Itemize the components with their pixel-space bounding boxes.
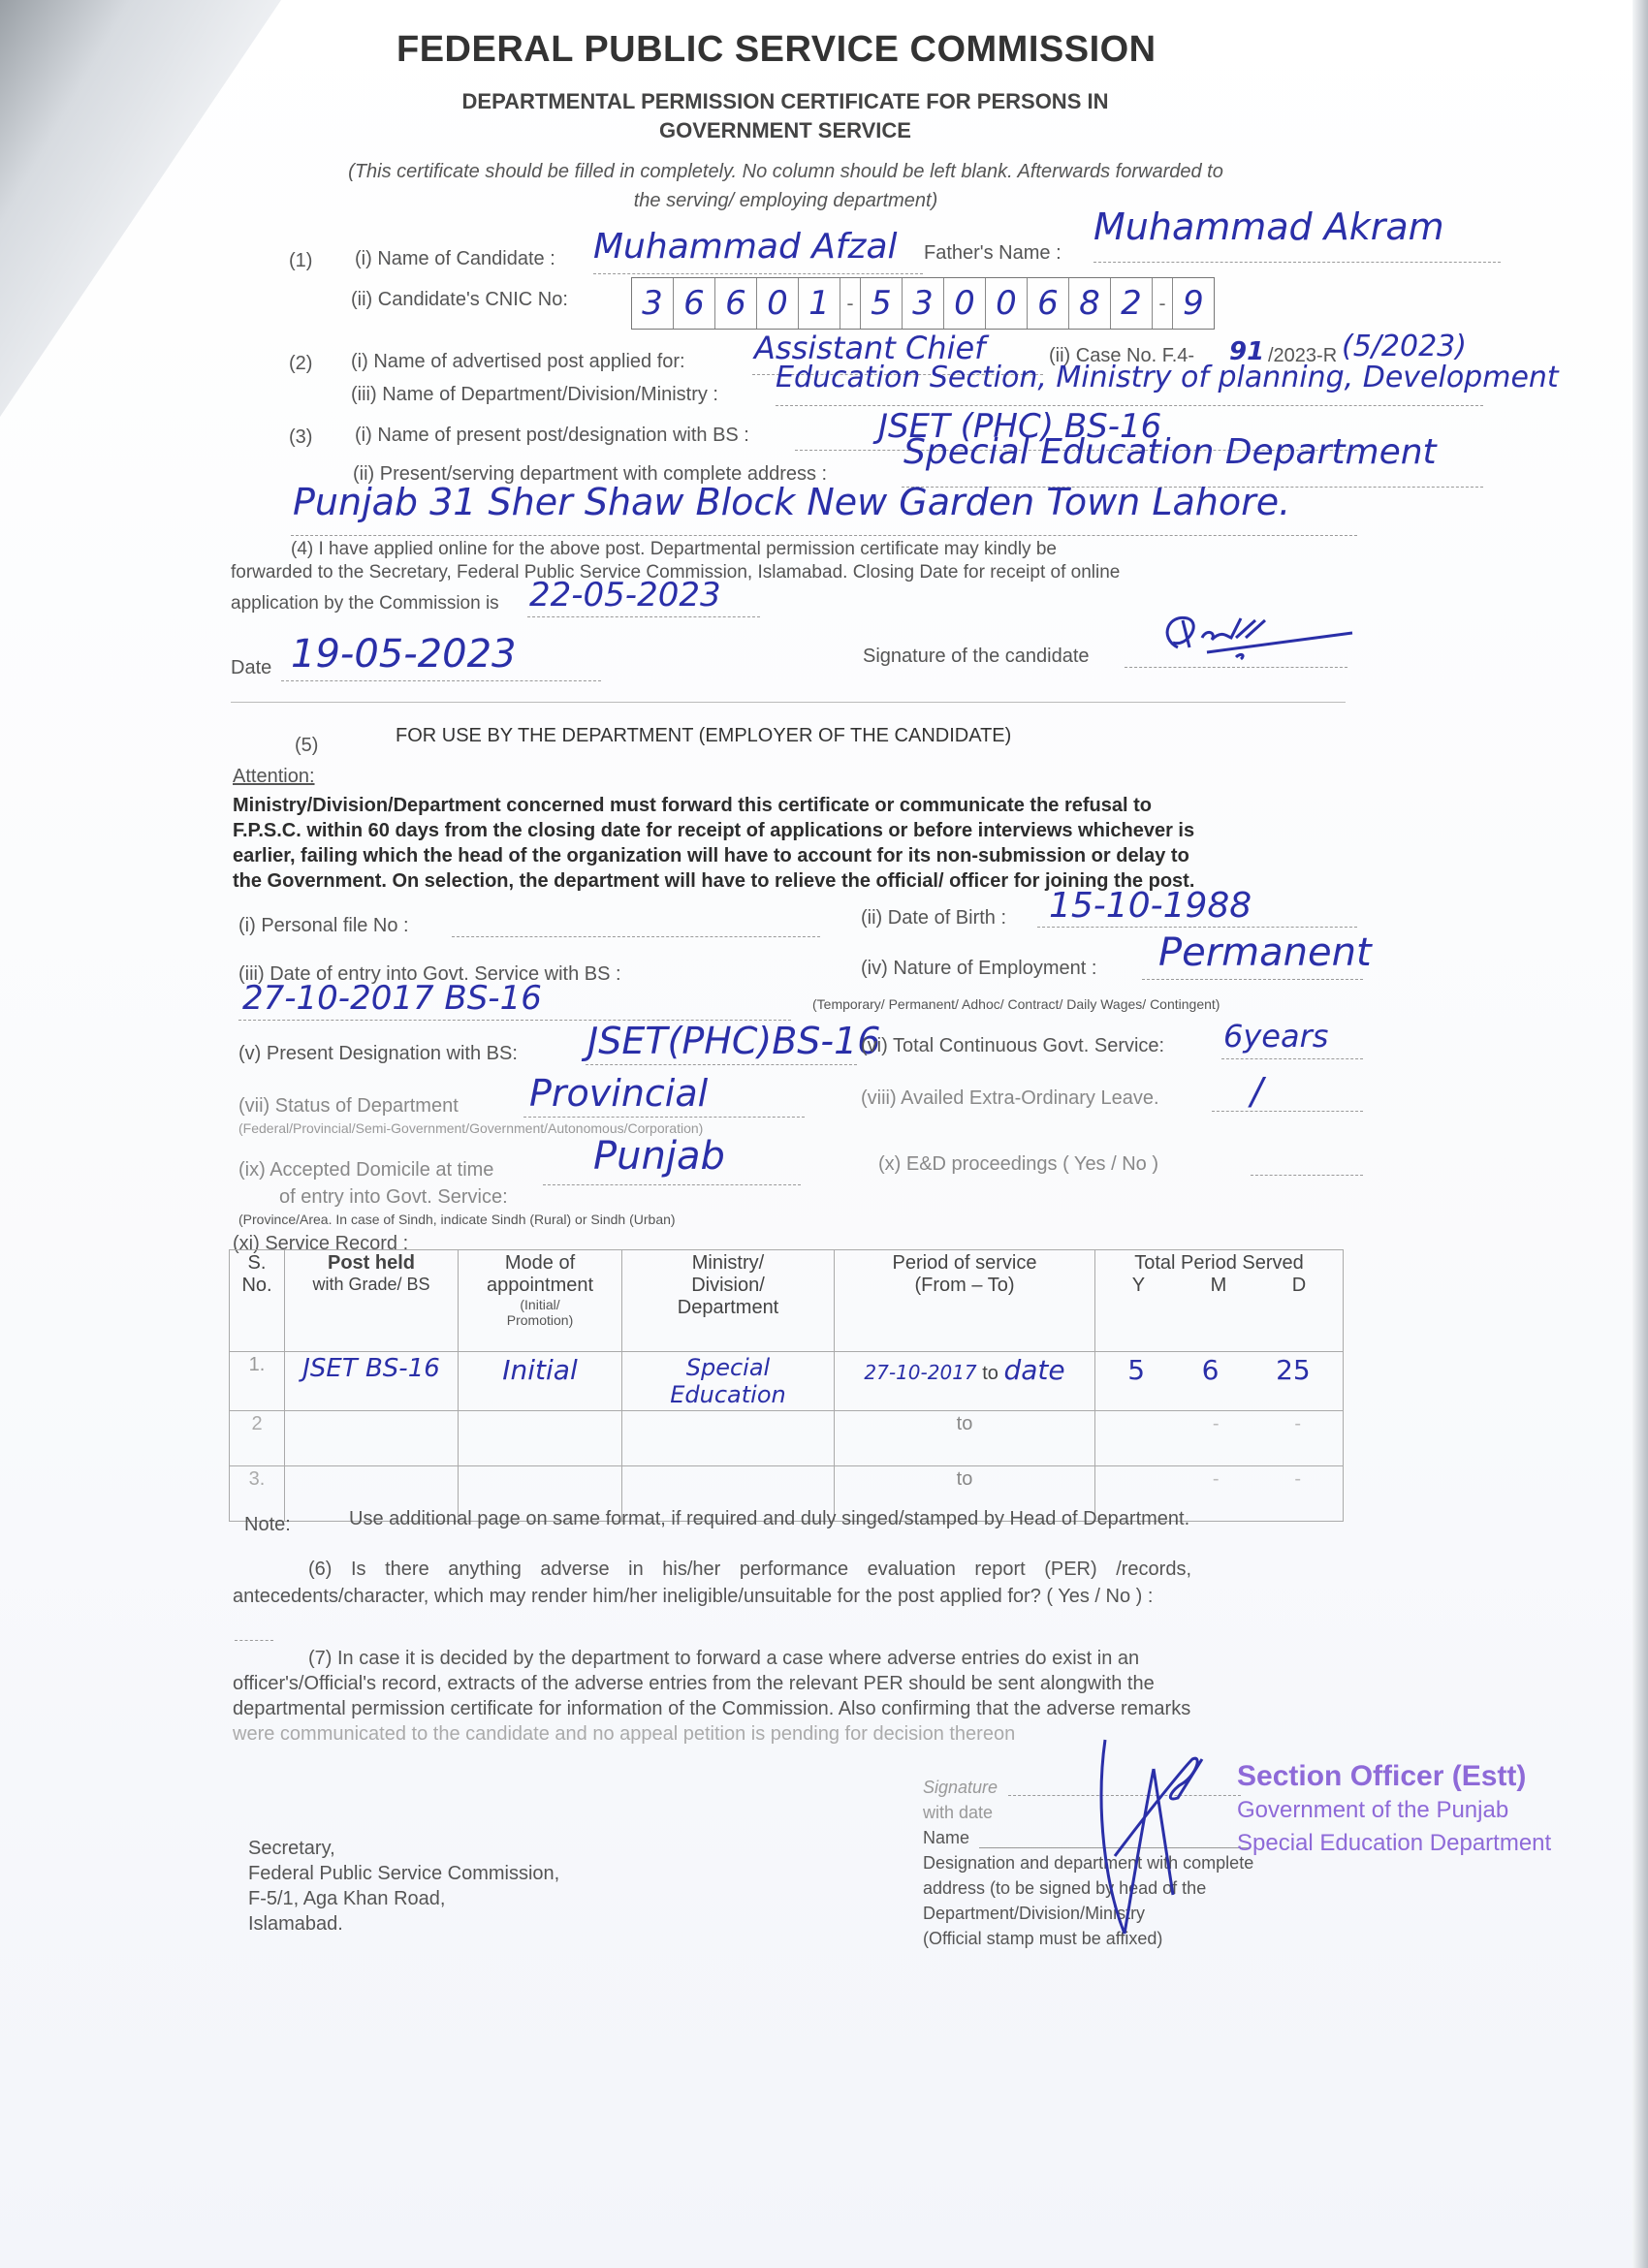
date-line xyxy=(281,680,601,681)
cnic-separator: - xyxy=(1153,278,1173,329)
closing-date-line xyxy=(527,616,760,617)
entry-date-field[interactable]: 27-10-2017 BS-16 xyxy=(242,979,542,1018)
attention-para-line1: Ministry/Division/Department concerned m… xyxy=(233,795,1152,817)
father-name-label: Father's Name : xyxy=(924,242,1062,265)
row-mode[interactable]: Initial xyxy=(459,1352,622,1411)
domicile-field[interactable]: Punjab xyxy=(593,1134,725,1179)
section7-line4: were communicated to the candidate and n… xyxy=(233,1723,1015,1746)
present-designation-field[interactable]: JSET(PHC)BS-16 xyxy=(587,1020,880,1062)
table-row: 1. JSET BS-16 Initial Special Education … xyxy=(230,1352,1344,1411)
father-name-line xyxy=(1093,262,1501,263)
cnic-digit: 9 xyxy=(1173,278,1214,329)
dob-field[interactable]: 15-10-1988 xyxy=(1049,886,1252,926)
total-service-field[interactable]: 6years xyxy=(1223,1018,1328,1055)
cnic-separator: - xyxy=(840,278,861,329)
department-status-field[interactable]: Provincial xyxy=(529,1072,708,1115)
cnic-digit: 0 xyxy=(757,278,799,329)
nature-of-employment-label: (iv) Nature of Employment : xyxy=(861,958,1096,980)
present-designation-line xyxy=(586,1064,857,1065)
cnic-digit: 1 xyxy=(799,278,840,329)
section5-number: (5) xyxy=(295,735,318,757)
cnic-digit: 5 xyxy=(861,278,903,329)
address-field-2[interactable]: Punjab 31 Sher Shaw Block New Garden Tow… xyxy=(293,481,1290,523)
col-mode: Mode ofappointment (Initial/Promotion) xyxy=(459,1250,622,1352)
note-label: Note: xyxy=(244,1514,291,1536)
section7-line1: (7) In case it is decided by the departm… xyxy=(308,1648,1139,1670)
cnic-digit: 6 xyxy=(674,278,715,329)
closing-date-field[interactable]: 22-05-2023 xyxy=(529,576,721,614)
col-ministry: Ministry/Division/Department xyxy=(622,1250,835,1352)
instruction-line1: (This certificate should be filled in co… xyxy=(231,161,1341,183)
section4-line3: application by the Commission is xyxy=(231,593,499,614)
stamp-line1: Section Officer (Estt) xyxy=(1237,1760,1526,1793)
extra-ordinary-leave-label: (viii) Availed Extra-Ordinary Leave. xyxy=(861,1087,1159,1110)
stamp-line3: Special Education Department xyxy=(1237,1830,1551,1857)
cnic-label: (ii) Candidate's CNIC No: xyxy=(351,289,568,311)
domicile-label-1: (ix) Accepted Domicile at time xyxy=(238,1159,493,1181)
section4-line1: (4) I have applied online for the above … xyxy=(291,539,1057,560)
section6-line2: antecedents/character, which may render … xyxy=(233,1586,1153,1608)
dob-label: (ii) Date of Birth : xyxy=(861,907,1006,929)
department-status-label: (vii) Status of Department xyxy=(238,1095,459,1118)
row-period[interactable]: to xyxy=(835,1411,1095,1466)
department-status-line xyxy=(523,1117,805,1118)
row-period[interactable]: 27-10-2017 to date xyxy=(835,1352,1095,1411)
section7-line3: departmental permission certificate for … xyxy=(233,1698,1190,1720)
cnic-digit: 2 xyxy=(1111,278,1153,329)
col-post: Post heldwith Grade/ BS xyxy=(285,1250,459,1352)
section1-number: (1) xyxy=(289,250,312,272)
cnic-digit: 0 xyxy=(986,278,1028,329)
department-line xyxy=(776,405,1483,406)
row-mode[interactable] xyxy=(459,1411,622,1466)
candidate-name-label: (i) Name of Candidate : xyxy=(355,248,555,270)
col-sno: S.No. xyxy=(230,1250,285,1352)
department-field[interactable]: Education Section, Ministry of planning,… xyxy=(776,361,1559,394)
signature-label: Signature xyxy=(923,1778,998,1798)
cnic-digit: 6 xyxy=(1028,278,1069,329)
candidate-signature-line xyxy=(1125,667,1347,668)
nature-of-employment-line xyxy=(1142,979,1363,980)
serving-department-field[interactable]: Special Education Department xyxy=(903,432,1437,472)
page-edge-shadow xyxy=(1632,0,1648,2268)
addressee-line4: Islamabad. xyxy=(248,1913,343,1936)
row-total-period[interactable]: -- xyxy=(1095,1411,1344,1466)
dob-line xyxy=(1037,927,1357,928)
row-post[interactable]: JSET BS-16 xyxy=(285,1352,459,1411)
candidate-name-field[interactable]: Muhammad Afzal xyxy=(593,227,898,267)
ed-proceedings-field[interactable] xyxy=(1251,1175,1363,1176)
date-field[interactable]: 19-05-2023 xyxy=(291,632,516,677)
stamp-line2: Government of the Punjab xyxy=(1237,1797,1508,1824)
candidate-signature xyxy=(1149,609,1362,667)
department-label: (iii) Name of Department/Division/Minist… xyxy=(351,384,718,406)
personal-file-label: (i) Personal file No : xyxy=(238,915,409,937)
addressee-line3: F-5/1, Aga Khan Road, xyxy=(248,1888,445,1910)
divider xyxy=(231,702,1346,703)
total-service-label: (vi) Total Continuous Govt. Service: xyxy=(861,1035,1164,1057)
document-page: FEDERAL PUBLIC SERVICE COMMISSION DEPART… xyxy=(0,0,1648,2268)
attention-para-line2: F.P.S.C. within 60 days from the closing… xyxy=(233,820,1194,842)
addressee-line2: Federal Public Service Commission, xyxy=(248,1863,559,1885)
section2-number: (2) xyxy=(289,353,312,375)
cnic-digit: 3 xyxy=(903,278,944,329)
domicile-label-2: of entry into Govt. Service: xyxy=(279,1186,508,1209)
with-date-label: with date xyxy=(923,1803,993,1823)
present-designation-label: (v) Present Designation with BS: xyxy=(238,1043,518,1065)
cnic-digit: 0 xyxy=(944,278,986,329)
candidate-signature-label: Signature of the candidate xyxy=(863,646,1090,668)
row-ministry[interactable]: Special Education xyxy=(622,1352,835,1411)
extra-ordinary-leave-field[interactable]: / xyxy=(1251,1070,1263,1113)
cnic-digit: 8 xyxy=(1069,278,1111,329)
cnic-digit: 6 xyxy=(715,278,757,329)
personal-file-field[interactable] xyxy=(452,936,820,937)
page-subtitle-line1: DEPARTMENTAL PERMISSION CERTIFICATE FOR … xyxy=(368,89,1202,114)
row-ministry[interactable] xyxy=(622,1411,835,1466)
nature-of-employment-options: (Temporary/ Permanent/ Adhoc/ Contract/ … xyxy=(812,996,1220,1012)
section6-line1: (6) Is there anything adverse in his/her… xyxy=(308,1559,1191,1581)
attention-label: Attention: xyxy=(233,766,315,788)
note-text: Use additional page on same format, if r… xyxy=(349,1508,1189,1530)
address-line-2 xyxy=(291,535,1357,536)
date-label: Date xyxy=(231,657,271,679)
advertised-post-label: (i) Name of advertised post applied for: xyxy=(351,351,685,373)
total-service-line xyxy=(1221,1058,1363,1059)
row-total-period[interactable]: 5625 xyxy=(1095,1352,1344,1411)
cnic-digit: 3 xyxy=(632,278,674,329)
addressee-line1: Secretary, xyxy=(248,1838,335,1860)
cnic-field[interactable]: 3 6 6 0 1 - 5 3 0 0 6 8 2 - 9 xyxy=(631,277,1215,330)
row-sno: 3. xyxy=(230,1466,285,1522)
section3-number: (3) xyxy=(289,426,312,449)
name-label: Name xyxy=(923,1828,969,1848)
officer-signature xyxy=(1086,1730,1221,1943)
service-record-table: S.No. Post heldwith Grade/ BS Mode ofapp… xyxy=(229,1249,1344,1522)
col-total-period: Total Period Served YMD xyxy=(1095,1250,1344,1352)
row-sno: 2 xyxy=(230,1411,285,1466)
candidate-name-line xyxy=(593,273,923,274)
col-period: Period of service(From – To) xyxy=(835,1250,1095,1352)
extra-ordinary-leave-line xyxy=(1212,1111,1363,1112)
table-row: 2 to -- xyxy=(230,1411,1344,1466)
case-no-handwritten: (5/2023) xyxy=(1342,330,1467,363)
nature-of-employment-field[interactable]: Permanent xyxy=(1158,930,1372,975)
section6-answer-field[interactable] xyxy=(235,1640,273,1641)
page-subtitle-line2: GOVERNMENT SERVICE xyxy=(368,118,1202,143)
section7-line2: officer's/Official's record, extracts of… xyxy=(233,1673,1155,1695)
page-title: FEDERAL PUBLIC SERVICE COMMISSION xyxy=(396,29,1157,71)
present-post-label: (i) Name of present post/designation wit… xyxy=(355,425,749,447)
row-post[interactable] xyxy=(285,1411,459,1466)
father-name-field[interactable]: Muhammad Akram xyxy=(1093,205,1444,248)
section5-heading: FOR USE BY THE DEPARTMENT (EMPLOYER OF T… xyxy=(396,725,1011,747)
row-sno: 1. xyxy=(230,1352,285,1411)
attention-para-line3: earlier, failing which the head of the o… xyxy=(233,845,1189,867)
domicile-note: (Province/Area. In case of Sindh, indica… xyxy=(238,1212,676,1227)
domicile-line xyxy=(543,1184,801,1185)
ed-proceedings-label: (x) E&D proceedings ( Yes / No ) xyxy=(878,1153,1158,1176)
